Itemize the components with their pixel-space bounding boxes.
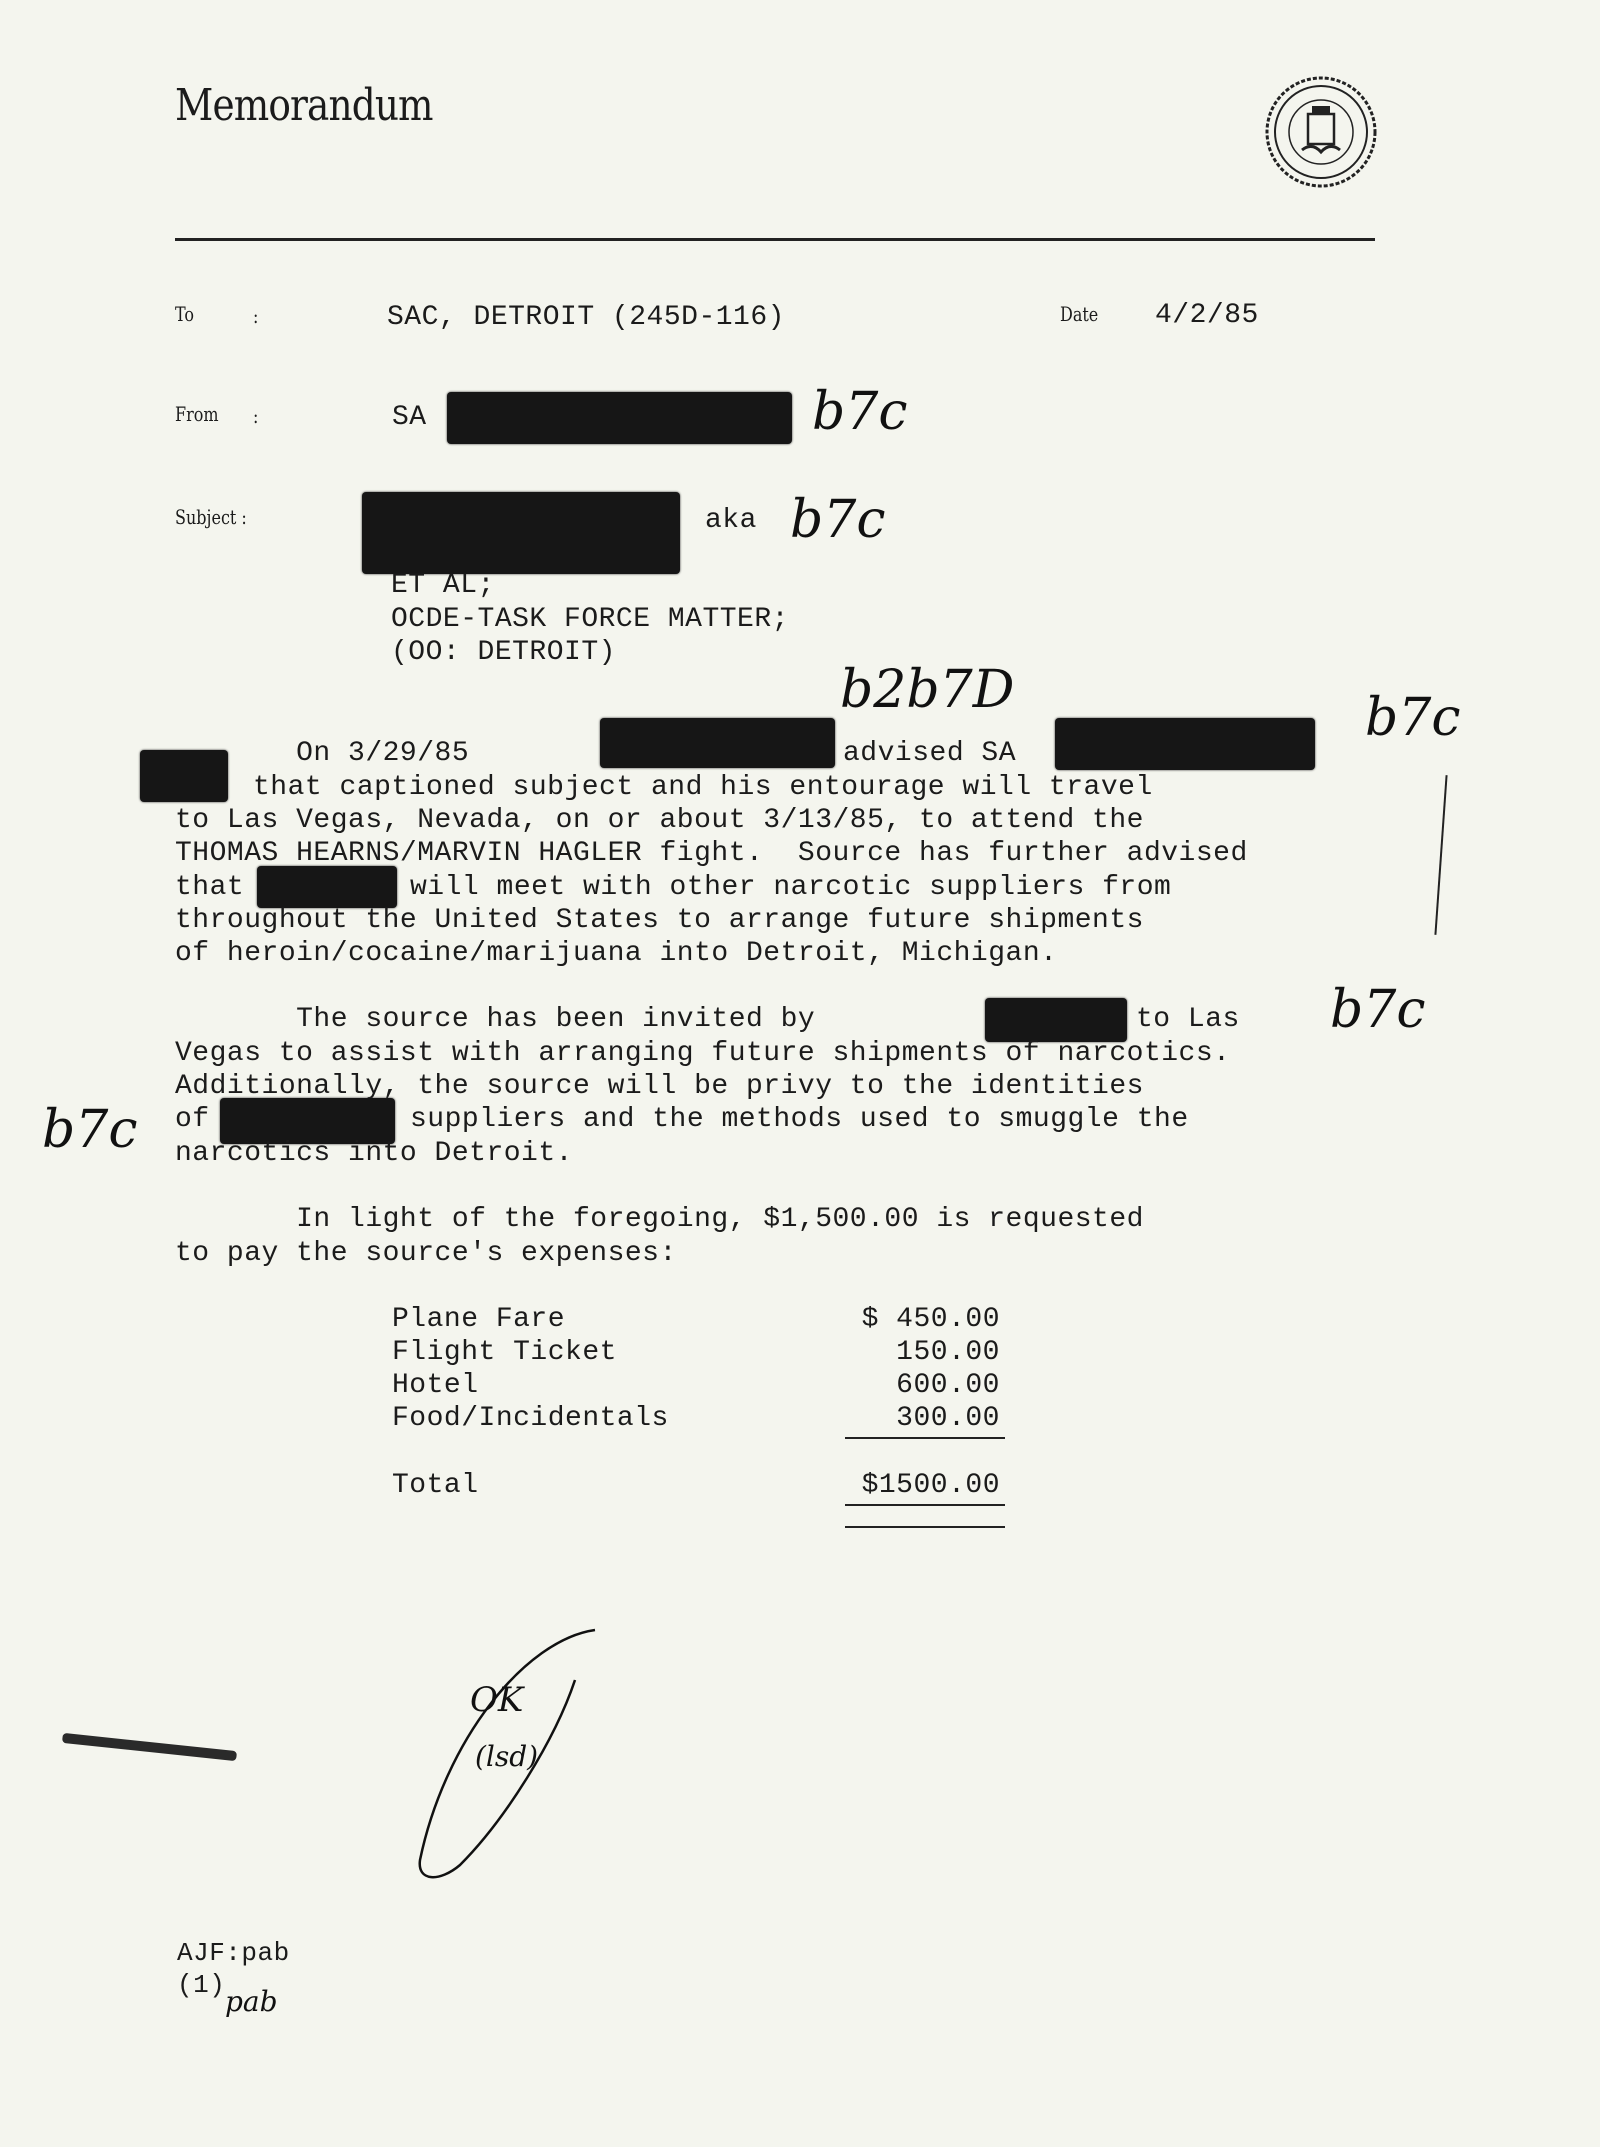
total-amount: $1500.00	[825, 1470, 1000, 1501]
scribble-mark	[62, 1733, 237, 1761]
subject-line: ET AL;	[391, 570, 495, 601]
redaction-agent-cont	[140, 750, 228, 802]
para1-line: throughout the United States to arrange …	[175, 905, 1144, 936]
para2-line: Vegas to assist with arranging future sh…	[175, 1038, 1230, 1069]
para1-line: that captioned subject and his entourage…	[253, 772, 1153, 803]
handwritten-b7c: b7c	[790, 490, 886, 550]
expense-label: Food/Incidentals	[392, 1403, 669, 1434]
redaction-from	[447, 392, 792, 444]
expense-amount: 600.00	[825, 1370, 1000, 1401]
memo-title: Memorandum	[175, 80, 433, 131]
from-label: From	[175, 402, 219, 426]
para1-line: THOMAS HEARNS/MARVIN HAGLER fight. Sourc…	[175, 838, 1248, 869]
subject-label: Subject :	[175, 505, 247, 529]
para2-line: to Las	[1136, 1004, 1240, 1035]
to-colon: :	[253, 304, 258, 328]
handwritten-b7c: b7c	[812, 382, 908, 442]
para3-line: to pay the source's expenses:	[175, 1238, 677, 1269]
fbi-seal-icon	[1262, 70, 1380, 195]
redaction-subject-name	[257, 866, 397, 908]
typist-initials: AJF:pab	[177, 1938, 290, 1968]
header-divider	[175, 238, 1375, 241]
expense-amount: $ 450.00	[825, 1304, 1000, 1335]
expense-label: Plane Fare	[392, 1304, 565, 1335]
para2-line: The source has been invited by	[175, 1004, 815, 1035]
redaction-subject	[362, 492, 680, 574]
handwritten-b7c: b7c	[1330, 980, 1426, 1040]
expense-amount: 300.00	[825, 1403, 1000, 1434]
para2-line: of	[175, 1104, 210, 1135]
to-value: SAC, DETROIT (245D-116)	[387, 302, 785, 333]
handwritten-initials: (lsd)	[475, 1740, 538, 1773]
subtotal-rule	[845, 1437, 1005, 1439]
to-label: To	[175, 302, 194, 326]
total-double-rule	[845, 1526, 1005, 1528]
date-value: 4/2/85	[1155, 300, 1259, 331]
date-label: Date	[1060, 302, 1098, 326]
subject-aka: aka	[705, 505, 757, 536]
para1-line: of heroin/cocaine/marijuana into Detroit…	[175, 938, 1057, 969]
margin-mark	[1434, 775, 1447, 935]
from-colon: :	[253, 404, 258, 428]
from-value: SA	[392, 402, 427, 433]
total-rule	[845, 1504, 1005, 1506]
copy-count: (1)	[177, 1970, 225, 2000]
handwritten-b2b7d: b2b7D	[840, 660, 1014, 720]
handwritten-pab: pab	[225, 1985, 278, 2018]
para2-line: suppliers and the methods used to smuggl…	[410, 1104, 1189, 1135]
expense-label: Flight Ticket	[392, 1337, 617, 1368]
redaction-source	[600, 718, 835, 768]
subject-line: OCDE-TASK FORCE MATTER;	[391, 604, 789, 635]
handwritten-ok: OK	[470, 1680, 523, 1720]
total-label: Total	[392, 1470, 479, 1501]
para1-line: advised SA	[843, 738, 1016, 769]
para2-line: narcotics into Detroit.	[175, 1138, 573, 1169]
redaction-agent	[1055, 718, 1315, 770]
para1-line: will meet with other narcotic suppliers …	[410, 872, 1171, 903]
para1-line: that	[175, 872, 244, 903]
para1-line: to Las Vegas, Nevada, on or about 3/13/8…	[175, 805, 1144, 836]
expense-label: Hotel	[392, 1370, 479, 1401]
handwritten-b7c: b7c	[42, 1100, 138, 1160]
subject-line: (OO: DETROIT)	[391, 637, 616, 668]
expense-amount: 150.00	[825, 1337, 1000, 1368]
para3-line: In light of the foregoing, $1,500.00 is …	[175, 1204, 1144, 1235]
redaction-inviter	[985, 998, 1127, 1042]
handwritten-b7c: b7c	[1365, 688, 1461, 748]
